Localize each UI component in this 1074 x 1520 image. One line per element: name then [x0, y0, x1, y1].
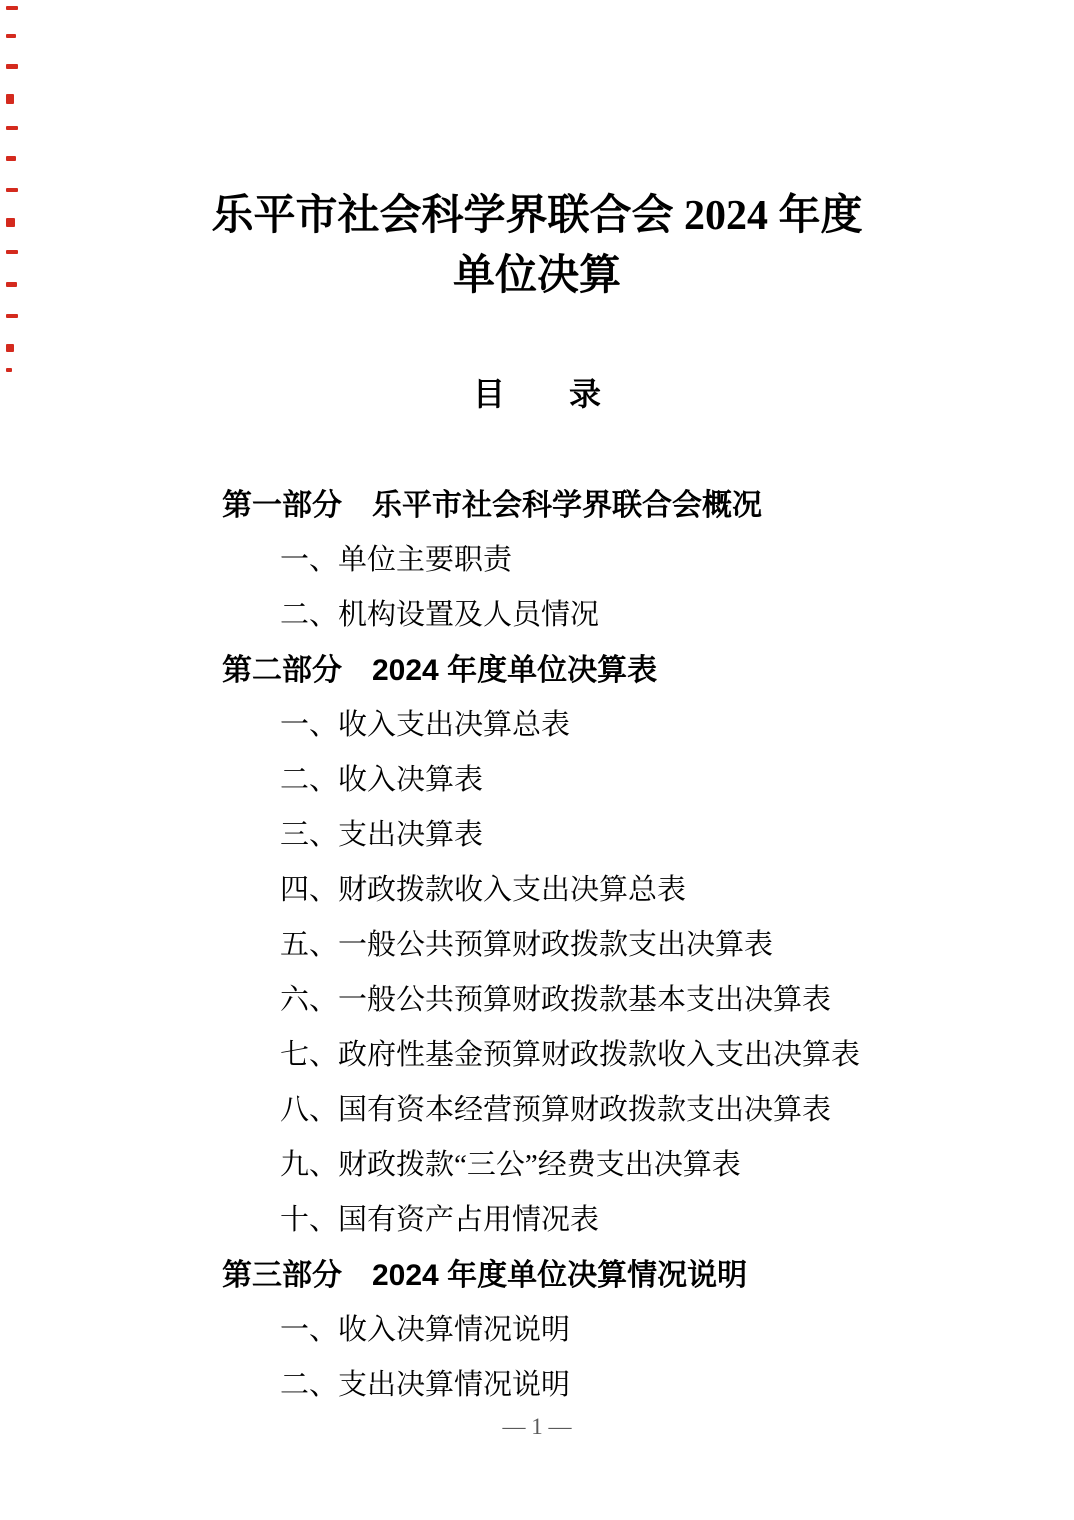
toc-section-heading-2: 第二部分 2024 年度单位决算表: [222, 643, 1014, 698]
red-edge-mark: [6, 6, 18, 10]
title-line-1: 乐平市社会科学界联合会 2024 年度: [0, 186, 1074, 246]
red-edge-mark: [6, 218, 15, 227]
red-edge-mark: [6, 250, 18, 254]
toc-item: 二、收入决算表: [222, 753, 1014, 808]
toc-item: 五、一般公共预算财政拨款支出决算表: [222, 918, 1014, 973]
red-edge-mark: [6, 282, 17, 287]
toc-heading: 目 录: [0, 374, 1074, 414]
toc-item: 一、单位主要职责: [222, 533, 1014, 588]
red-edge-mark: [6, 64, 18, 69]
document-page: 乐平市社会科学界联合会 2024 年度 单位决算 目 录 第一部分 乐平市社会科…: [0, 0, 1074, 1520]
toc-item: 一、收入决算情况说明: [222, 1303, 1014, 1358]
toc-item: 八、国有资本经营预算财政拨款支出决算表: [222, 1083, 1014, 1138]
page-number: — 1 —: [0, 1412, 1074, 1442]
toc-item: 二、支出决算情况说明: [222, 1358, 1014, 1413]
toc-item: 一、收入支出决算总表: [222, 698, 1014, 753]
red-edge-mark: [6, 34, 16, 38]
toc-section-heading-1: 第一部分 乐平市社会科学界联合会概况: [222, 478, 1014, 533]
toc-section-heading-3: 第三部分 2024 年度单位决算情况说明: [222, 1248, 1014, 1303]
toc-item: 二、机构设置及人员情况: [222, 588, 1014, 643]
document-title: 乐平市社会科学界联合会 2024 年度 单位决算: [0, 0, 1074, 306]
left-edge-red-marks: [0, 0, 24, 400]
toc-item: 三、支出决算表: [222, 808, 1014, 863]
table-of-contents: 第一部分 乐平市社会科学界联合会概况 一、单位主要职责 二、机构设置及人员情况 …: [0, 478, 1074, 1413]
red-edge-mark: [6, 368, 12, 372]
red-edge-mark: [6, 314, 18, 318]
red-edge-mark: [6, 156, 16, 161]
title-line-2: 单位决算: [0, 246, 1074, 306]
red-edge-mark: [6, 188, 18, 192]
red-edge-mark: [6, 94, 14, 104]
toc-item: 九、财政拨款“三公”经费支出决算表: [222, 1138, 1014, 1193]
red-edge-mark: [6, 126, 18, 130]
toc-item: 七、政府性基金预算财政拨款收入支出决算表: [222, 1028, 1014, 1083]
toc-item: 十、国有资产占用情况表: [222, 1193, 1014, 1248]
toc-item: 四、财政拨款收入支出决算总表: [222, 863, 1014, 918]
red-edge-mark: [6, 344, 14, 352]
toc-item: 六、一般公共预算财政拨款基本支出决算表: [222, 973, 1014, 1028]
